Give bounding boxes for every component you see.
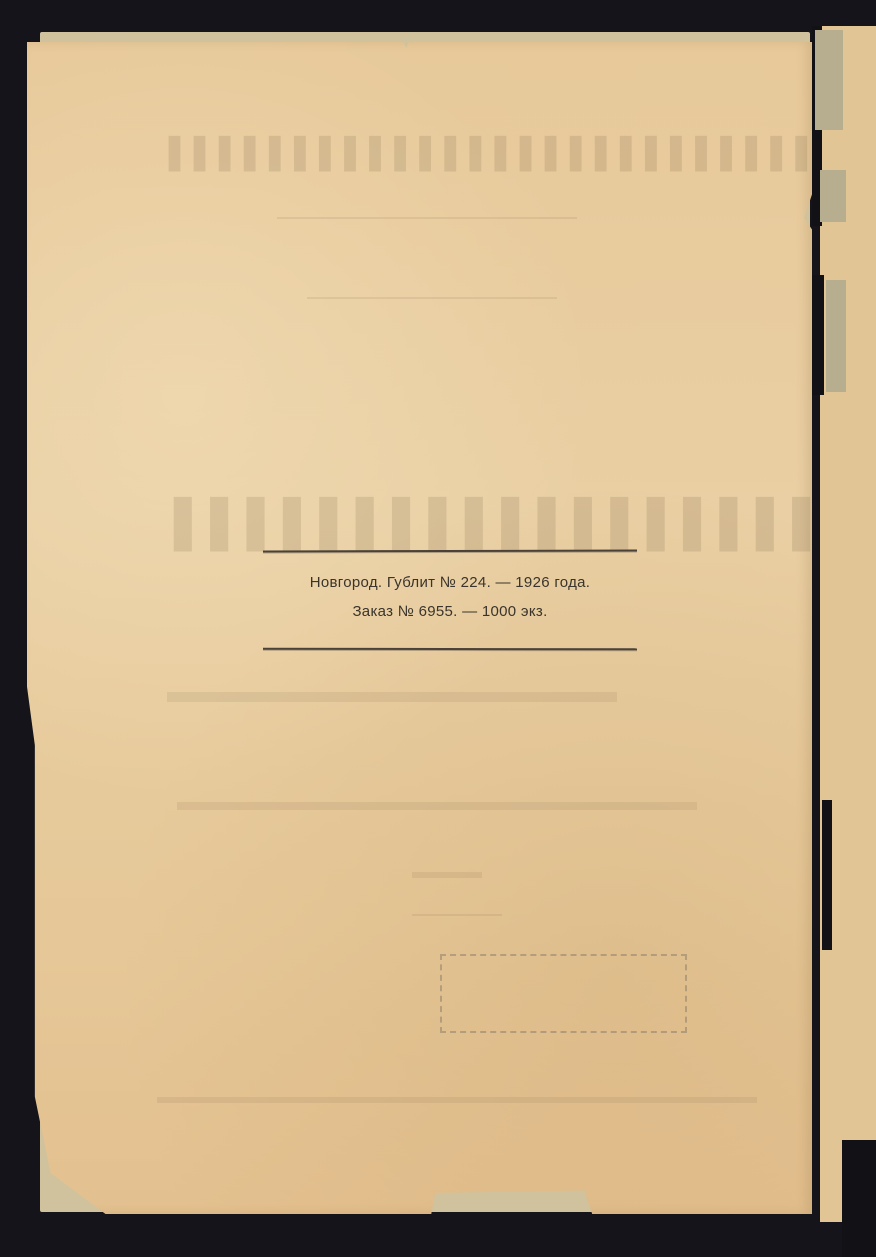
tear-strip [820, 170, 846, 222]
bottom-rule [263, 648, 637, 651]
bleed-through-line [177, 802, 697, 810]
imprint-line-order: Заказ № 6955. — 1000 экз. [263, 603, 637, 620]
page-gap [822, 800, 832, 950]
bleed-through-line [277, 217, 577, 219]
bleed-through-heading: ▌▌▌▌▌▌▌▌▌▌▌▌▌▌▌▌▌▌▌▌▌▌ [155, 497, 876, 551]
document-page: ▌▌▌▌▌▌▌▌▌▌▌▌▌▌▌▌▌▌▌▌▌▌▌▌▌▌▌▌▌▌▌▌▌▌ ▌▌▌▌▌… [27, 42, 812, 1214]
bleed-through-line [307, 297, 557, 299]
imprint-block: Новгород. Гублит № 224. — 1926 года. Зак… [263, 550, 637, 650]
bleed-through-line [412, 872, 482, 878]
bleed-through-line [412, 914, 502, 916]
tear-strip [826, 280, 846, 392]
bleed-through-title: ▌▌▌▌▌▌▌▌▌▌▌▌▌▌▌▌▌▌▌▌▌▌▌▌▌▌▌▌▌▌▌▌▌▌ [155, 137, 876, 172]
imprint-line-publisher: Новгород. Гублит № 224. — 1926 года. [263, 574, 637, 591]
top-rule [263, 550, 637, 553]
bleed-through-line [157, 1097, 757, 1103]
page-gap [842, 1140, 876, 1257]
bleed-through-line [167, 692, 617, 702]
page-gap [812, 275, 824, 395]
tear-strip [815, 30, 843, 130]
bleed-through-stamp [440, 954, 687, 1033]
